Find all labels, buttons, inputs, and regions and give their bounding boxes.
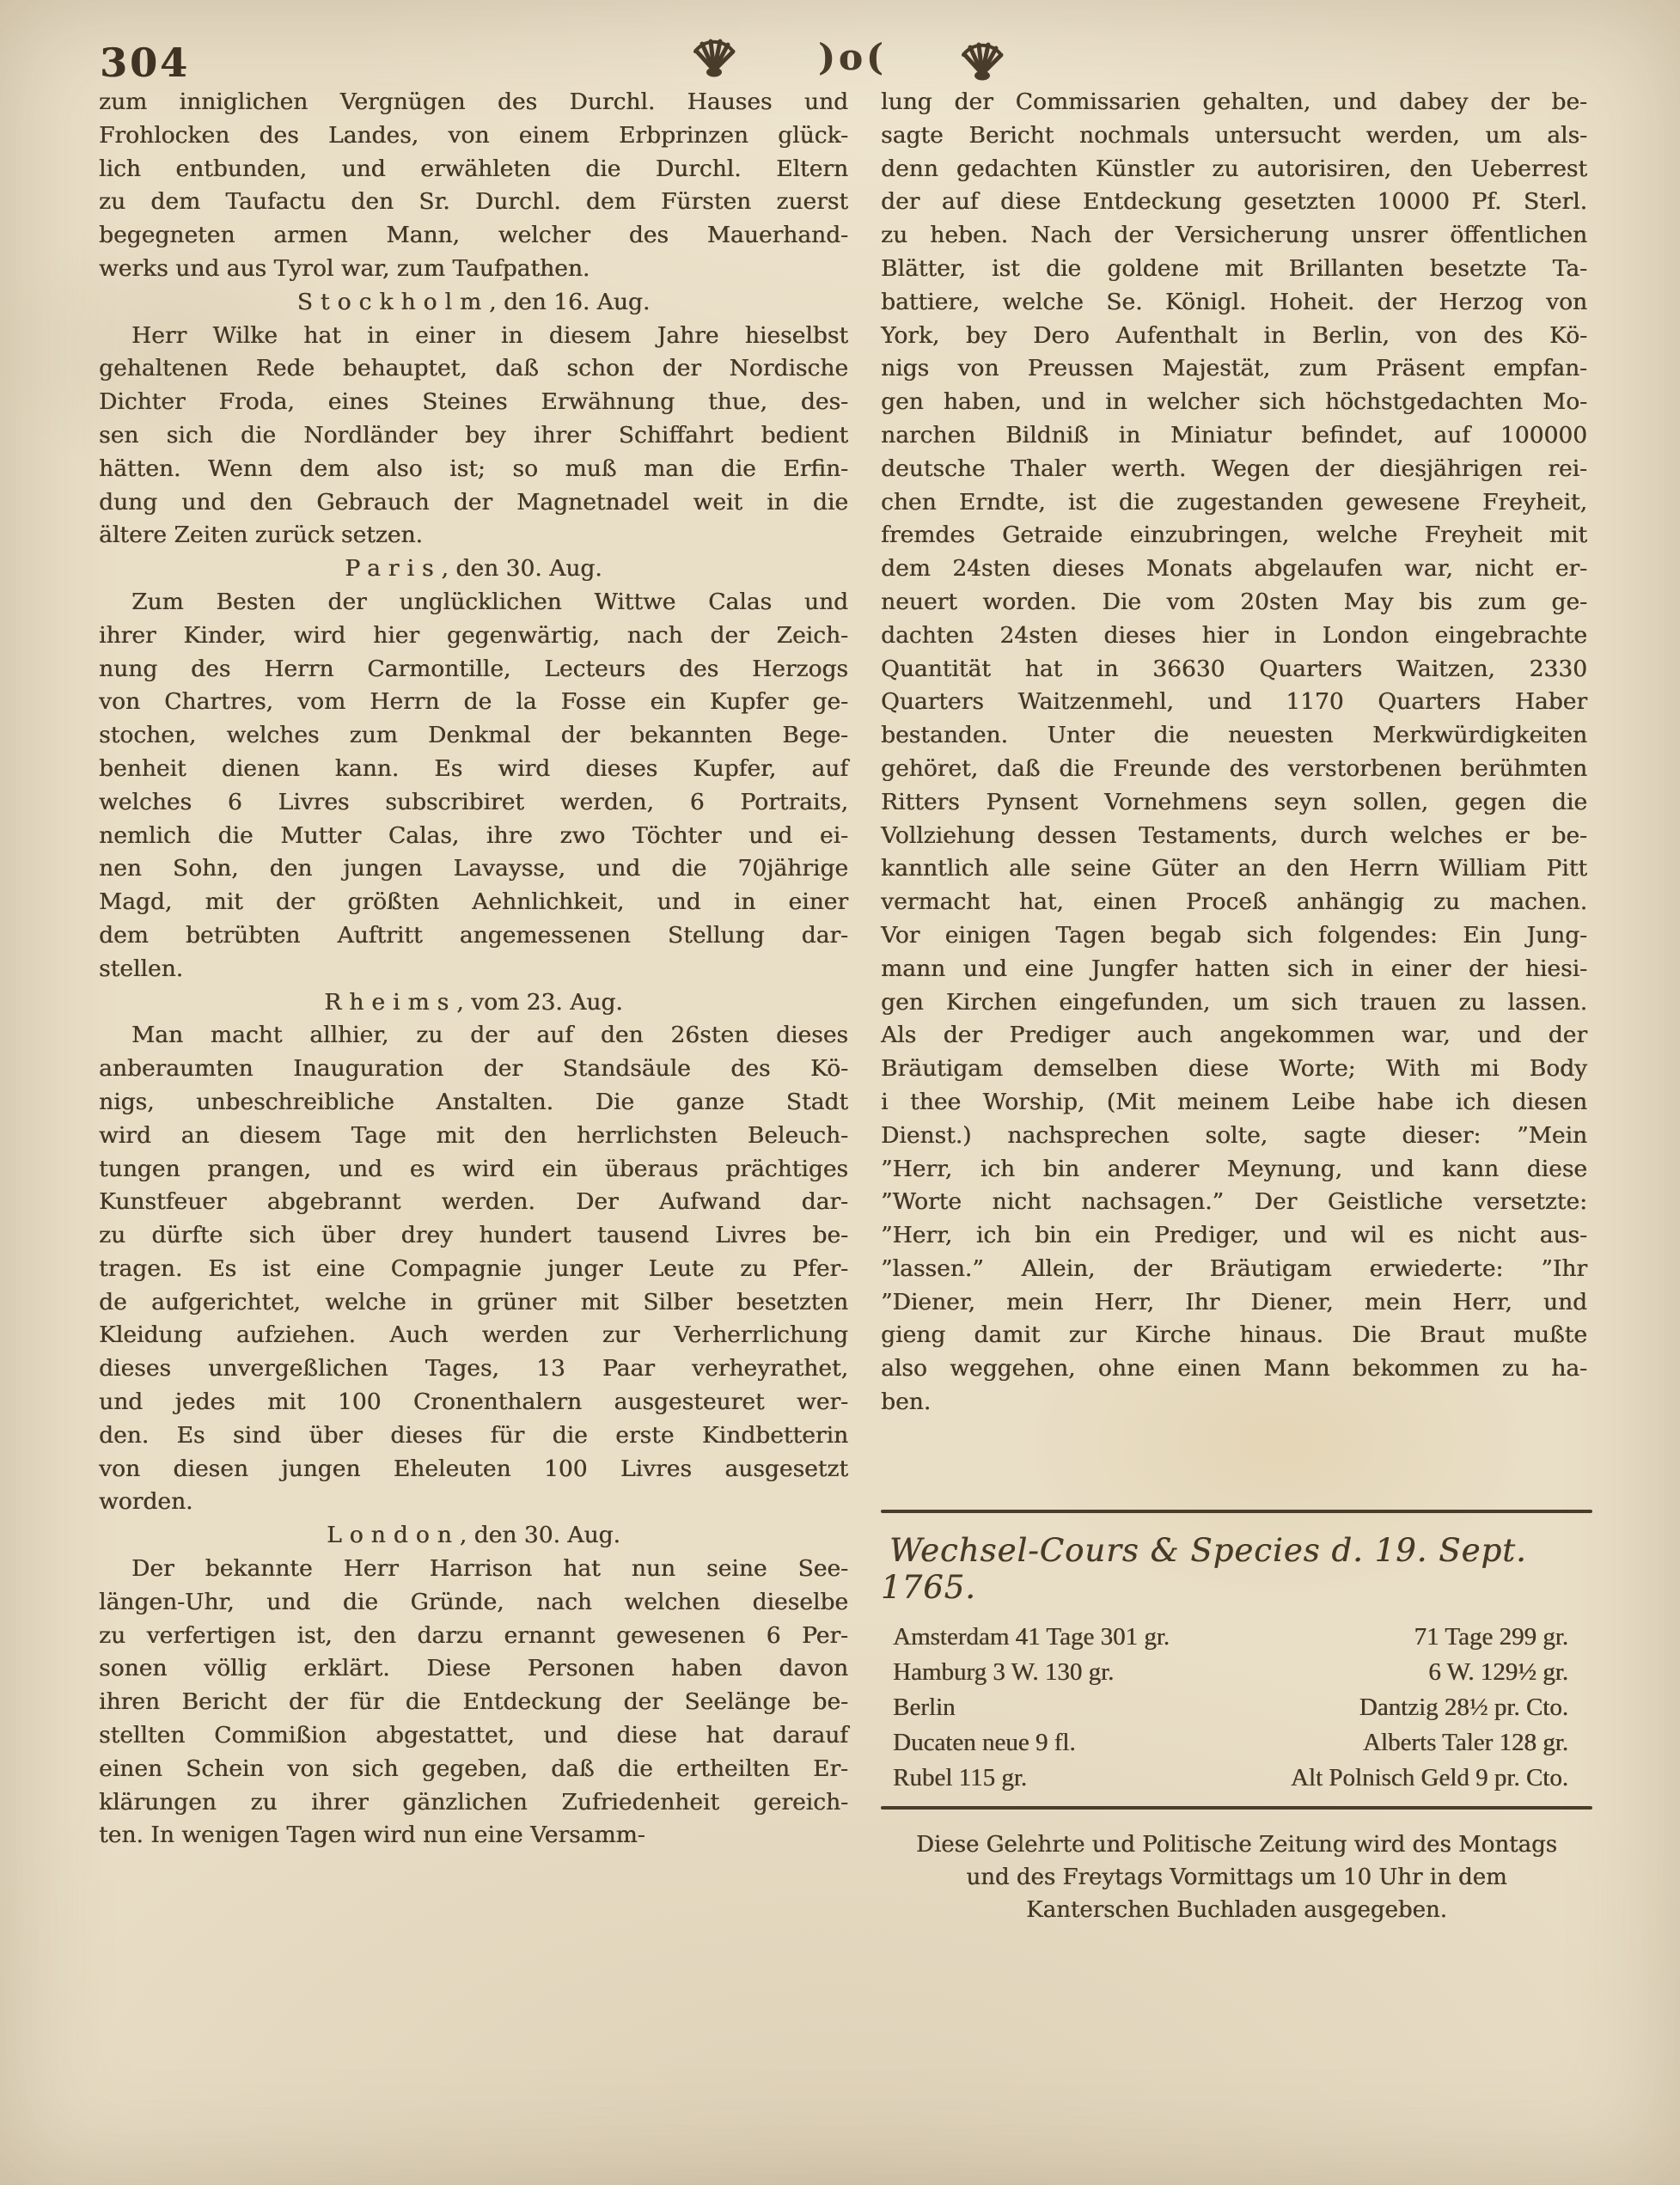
text-line: worden. — [99, 1486, 848, 1519]
text-line: mann und eine Jungfer hatten sich in ein… — [881, 953, 1587, 986]
text-line: tungen prangen, und es wird ein überaus … — [99, 1153, 848, 1187]
text-line: der auf diese Entdeckung gesetzten 10000… — [881, 186, 1587, 219]
exchange-row: Rubel 115 gr.Alt Polnisch Geld 9 pr. Cto… — [881, 1761, 1592, 1796]
text-line: werks und aus Tyrol war, zum Taufpathen. — [99, 253, 848, 286]
text-line: zu heben. Nach der Versicherung unsrer ö… — [881, 219, 1587, 253]
text-line: klärungen zu ihrer gänzlichen Zufriedenh… — [99, 1786, 848, 1820]
dateline-heading: Paris, den 30. Aug. — [99, 552, 848, 586]
text-line: stochen, welches zum Denkmal der bekannt… — [99, 719, 848, 753]
text-line: ”Herr, ich bin anderer Meynung, und kann… — [881, 1153, 1587, 1187]
exchange-place-rate: Ducaten neue 9 fl. — [893, 1725, 1076, 1761]
text-line: Als der Prediger auch angekommen war, un… — [881, 1019, 1587, 1053]
text-line: Kleidung aufziehen. Auch werden zur Verh… — [99, 1319, 848, 1352]
paragraph: Man macht allhier, zu der auf den 26sten… — [99, 1019, 848, 1519]
text-line: ”Worte nicht nachsagen.” Der Geistliche … — [881, 1186, 1587, 1219]
text-line: denn gedachten Künstler zu autorisiren, … — [881, 153, 1587, 186]
exchange-place-rate: Hamburg 3 W. 130 gr. — [893, 1655, 1114, 1690]
dateline-date: , den 30. Aug. — [442, 555, 602, 582]
dateline-city: London — [327, 1522, 460, 1548]
text-line: also weggehen, ohne einen Mann bekommen … — [881, 1352, 1587, 1386]
text-line: Herr Wilke hat in einer in diesem Jahre … — [99, 320, 848, 353]
note-line: Kanterschen Buchladen ausgegeben. — [881, 1894, 1592, 1926]
paragraph: Der bekannte Herr Harrison hat nun seine… — [99, 1553, 848, 1852]
text-line: deutsche Thaler werth. Wegen der diesjäh… — [881, 453, 1587, 486]
text-line: dem betrübten Auftritt angemessenen Stel… — [99, 919, 848, 953]
text-line: chen Erndte, ist die zugestanden gewesen… — [881, 486, 1587, 520]
exchange-alt-rate: Alt Polnisch Geld 9 pr. Cto. — [1291, 1761, 1568, 1796]
text-line: gen haben, und in welcher sich höchstged… — [881, 386, 1587, 419]
exchange-section: Wechsel-Cours & Species d. 19. Sept. 176… — [881, 1510, 1592, 1926]
exchange-alt-rate: Dantzig 28½ pr. Cto. — [1359, 1690, 1568, 1725]
text-line: neuert worden. Die vom 20sten May bis zu… — [881, 586, 1587, 619]
text-line: ältere Zeiten zurück setzen. — [99, 519, 848, 552]
text-line: York, bey Dero Aufenthalt in Berlin, von… — [881, 320, 1587, 353]
text-line: begegneten armen Mann, welcher des Mauer… — [99, 219, 848, 253]
text-line: wird an diesem Tage mit den herrlichsten… — [99, 1120, 848, 1153]
page-number: 304 — [100, 40, 190, 86]
text-line: Vor einigen Tagen begab sich folgendes: … — [881, 919, 1587, 953]
shell-ornament-icon — [687, 36, 741, 82]
dateline-date: , vom 23. Aug. — [456, 989, 622, 1016]
text-line: ”Herr, ich bin ein Prediger, und wil es … — [881, 1219, 1587, 1253]
text-line: nen Sohn, den jungen Lavaysse, und die 7… — [99, 852, 848, 886]
signature-mark: )o( — [818, 36, 887, 78]
newspaper-page: 304 )o( — [0, 0, 1680, 2185]
text-line: längen-Uhr, und die Gründe, nach welchen… — [99, 1586, 848, 1620]
text-line: von diesen jungen Eheleuten 100 Livres a… — [99, 1453, 848, 1486]
exchange-alt-rate: 6 W. 129½ gr. — [1428, 1655, 1568, 1690]
dateline-heading: London, den 30. Aug. — [99, 1519, 848, 1553]
dateline-heading: Rheims, vom 23. Aug. — [99, 986, 848, 1020]
text-line: dung und den Gebrauch der Magnetnadel we… — [99, 486, 848, 520]
text-line: Zum Besten der unglücklichen Wittwe Cala… — [99, 586, 848, 619]
text-line: vermacht hat, einen Proceß anhängig zu m… — [881, 886, 1587, 919]
text-line: den. Es sind über dieses für die erste K… — [99, 1419, 848, 1453]
paragraph: Zum Besten der unglücklichen Wittwe Cala… — [99, 586, 848, 986]
text-line: welches 6 Livres subscribiret werden, 6 … — [99, 786, 848, 820]
text-line: Frohlocken des Landes, von einem Erbprin… — [99, 119, 848, 153]
imprint-note: Diese Gelehrte und Politische Zeitung wi… — [881, 1828, 1592, 1926]
text-line: tragen. Es ist eine Compagnie junger Leu… — [99, 1253, 848, 1286]
divider-rule-top — [881, 1510, 1592, 1513]
left-column: zum inniglichen Vergnügen des Durchl. Ha… — [99, 86, 848, 1852]
dateline-date: , den 30. Aug. — [460, 1522, 620, 1548]
text-line: benheit dienen kann. Es wird dieses Kupf… — [99, 753, 848, 786]
text-line: Ritters Pynsent Vornehmens seyn sollen, … — [881, 786, 1587, 820]
text-line: zu dürfte sich über drey hundert tausend… — [99, 1219, 848, 1253]
text-line: Der bekannte Herr Harrison hat nun seine… — [99, 1553, 848, 1586]
text-line: nemlich die Mutter Calas, ihre zwo Töcht… — [99, 820, 848, 853]
exchange-place-rate: Berlin — [893, 1690, 956, 1725]
text-line: dem 24sten dieses Monats abgelaufen war,… — [881, 552, 1587, 586]
exchange-row: BerlinDantzig 28½ pr. Cto. — [881, 1690, 1592, 1725]
text-line: Blätter, ist die goldene mit Brillanten … — [881, 253, 1587, 286]
text-line: ben. — [881, 1386, 1587, 1419]
note-line: und des Freytags Vormittags um 10 Uhr in… — [881, 1861, 1592, 1894]
dateline-heading: Stockholm, den 16. Aug. — [99, 286, 848, 320]
note-line: Diese Gelehrte und Politische Zeitung wi… — [881, 1828, 1592, 1861]
text-line: de aufgerichtet, welche in grüner mit Si… — [99, 1286, 848, 1320]
exchange-row: Ducaten neue 9 fl.Alberts Taler 128 gr. — [881, 1725, 1592, 1761]
text-line: dieses unvergeßlichen Tages, 13 Paar ver… — [99, 1352, 848, 1386]
text-line: i thee Worship, (Mit meinem Leibe habe i… — [881, 1086, 1587, 1120]
text-line: anberaumten Inauguration der Standsäule … — [99, 1053, 848, 1086]
text-line: und jedes mit 100 Cronenthalern ausgeste… — [99, 1386, 848, 1419]
exchange-title: Wechsel-Cours & Species d. 19. Sept. 176… — [881, 1532, 1592, 1606]
text-line: Bräutigam demselben diese Worte; With mi… — [881, 1053, 1587, 1086]
text-line: ihren Bericht der für die Entdeckung der… — [99, 1686, 848, 1719]
text-line: zu dem Taufactu den Sr. Durchl. dem Fürs… — [99, 186, 848, 219]
text-line: stellen. — [99, 953, 848, 986]
text-line: Kunstfeuer abgebrannt werden. Der Aufwan… — [99, 1186, 848, 1219]
text-line: lich entbunden, und erwähleten die Durch… — [99, 153, 848, 186]
text-line: fremdes Getraide einzubringen, welche Fr… — [881, 519, 1587, 552]
text-line: Vollziehung dessen Testaments, durch wel… — [881, 820, 1587, 853]
dateline-city: Rheims — [324, 989, 456, 1016]
exchange-place-rate: Rubel 115 gr. — [893, 1761, 1027, 1796]
text-line: narchen Bildniß in Miniatur befindet, au… — [881, 419, 1587, 453]
text-line: Quarters Waitzenmehl, und 1170 Quarters … — [881, 686, 1587, 719]
text-line: lung der Commissarien gehalten, und dabe… — [881, 86, 1587, 119]
text-line: zu verfertigen ist, den darzu ernannt ge… — [99, 1620, 848, 1653]
dateline-date: , den 16. Aug. — [489, 289, 650, 315]
text-line: ten. In wenigen Tagen wird nun eine Vers… — [99, 1819, 848, 1852]
text-line: ihrer Kinder, wird hier gegenwärtig, nac… — [99, 619, 848, 653]
text-line: Quantität hat in 36630 Quarters Waitzen,… — [881, 653, 1587, 687]
text-line: sonen völlig erklärt. Diese Personen hab… — [99, 1652, 848, 1686]
paragraph: lung der Commissarien gehalten, und dabe… — [881, 86, 1587, 1419]
text-line: gen Kirchen eingefunden, um sich trauen … — [881, 986, 1587, 1020]
paragraph: Herr Wilke hat in einer in diesem Jahre … — [99, 320, 848, 553]
exchange-table: Amsterdam 41 Tage 301 gr.71 Tage 299 gr.… — [881, 1620, 1592, 1796]
dateline-city: Stockholm — [297, 289, 489, 315]
text-line: nung des Herrn Carmontille, Lecteurs des… — [99, 653, 848, 687]
text-line: ”lassen.” Allein, der Bräutigam erwieder… — [881, 1253, 1587, 1286]
exchange-alt-rate: Alberts Taler 128 gr. — [1363, 1725, 1568, 1761]
text-line: stellten Commißion abgestattet, und dies… — [99, 1719, 848, 1753]
text-line: dachten 24sten dieses hier in London ein… — [881, 619, 1587, 653]
text-line: gehaltenen Rede behauptet, daß schon der… — [99, 352, 848, 386]
dateline-city: Paris — [345, 555, 441, 582]
exchange-row: Amsterdam 41 Tage 301 gr.71 Tage 299 gr. — [881, 1620, 1592, 1655]
text-line: ”Diener, mein Herr, Ihr Diener, mein Her… — [881, 1286, 1587, 1320]
text-line: nigs, unbeschreibliche Anstalten. Die ga… — [99, 1086, 848, 1120]
text-line: nigs von Preussen Majestät, zum Präsent … — [881, 352, 1587, 386]
text-line: Man macht allhier, zu der auf den 26sten… — [99, 1019, 848, 1053]
divider-rule-bottom — [881, 1806, 1592, 1810]
exchange-alt-rate: 71 Tage 299 gr. — [1414, 1620, 1568, 1655]
text-line: von Chartres, vom Herrn de la Fosse ein … — [99, 686, 848, 719]
text-line: gieng damit zur Kirche hinaus. Die Braut… — [881, 1319, 1587, 1352]
text-line: battiere, welche Se. Königl. Hoheit. der… — [881, 286, 1587, 320]
text-line: sen sich die Nordländer bey ihrer Schiff… — [99, 419, 848, 453]
exchange-row: Hamburg 3 W. 130 gr.6 W. 129½ gr. — [881, 1655, 1592, 1690]
text-line: hätten. Wenn dem also ist; so muß man di… — [99, 453, 848, 486]
exchange-place-rate: Amsterdam 41 Tage 301 gr. — [893, 1620, 1170, 1655]
text-line: zum inniglichen Vergnügen des Durchl. Ha… — [99, 86, 848, 119]
text-line: sagte Bericht nochmals untersucht werden… — [881, 119, 1587, 153]
text-line: Dichter Froda, eines Steines Erwähnung t… — [99, 386, 848, 419]
shell-ornament-icon — [956, 40, 1009, 86]
text-line: Dienst.) nachsprechen solte, sagte diese… — [881, 1120, 1587, 1153]
paragraph: zum inniglichen Vergnügen des Durchl. Ha… — [99, 86, 848, 286]
text-line: bestanden. Unter die neuesten Merkwürdig… — [881, 719, 1587, 753]
text-line: gehöret, daß die Freunde des verstorbene… — [881, 753, 1587, 786]
text-line: kanntlich alle seine Güter an den Herrn … — [881, 852, 1587, 886]
text-line: Magd, mit der größten Aehnlichkeit, und … — [99, 886, 848, 919]
text-line: einen Schein von sich gegeben, daß die e… — [99, 1753, 848, 1786]
right-column: lung der Commissarien gehalten, und dabe… — [881, 86, 1587, 1419]
